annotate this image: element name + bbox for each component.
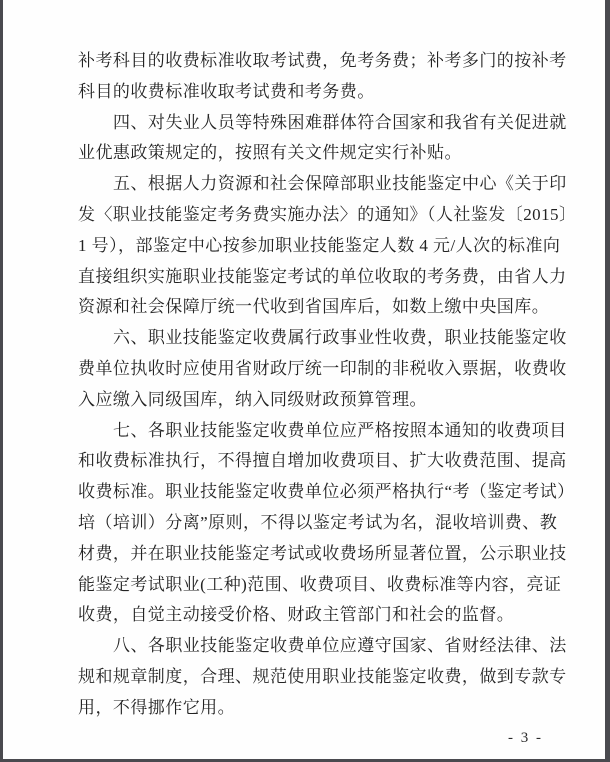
text-line: 能鉴定考试职业(工种)范围、收费项目、收费标准等内容，亮证	[78, 570, 567, 601]
text-line: 入应缴入同级国库，纳入同级财政预算管理。	[78, 385, 567, 416]
text-line: 资源和社会保障厅统一代收到省国库后，如数上缴中央国库。	[78, 292, 567, 323]
text-line: 直接组织实施职业技能鉴定考试的单位收取的考务费，由省人力	[78, 262, 567, 293]
text-line: 补考科目的收费标准收取考试费，免考务费；补考多门的按补考	[78, 46, 567, 77]
text-line: 发〈职业技能鉴定考务费实施办法〉的通知》（人社鉴发〔2015〕	[78, 200, 567, 231]
text-line-item-8: 八、各职业技能鉴定收费单位应遵守国家、省财经法律、法	[78, 631, 567, 662]
document-page: 补考科目的收费标准收取考试费，免考务费；补考多门的按补考 科目的收费标准收取考试…	[0, 0, 610, 762]
text-line: 规和规章制度，合理、规范使用职业技能鉴定收费，做到专款专	[78, 662, 567, 693]
text-line: 和收费标准执行，不得擅自增加收费项目、扩大收费范围、提高	[78, 446, 567, 477]
text-line: 费单位执收时应使用省财政厅统一印制的非税收入票据，收费收	[78, 354, 567, 385]
page-number: - 3 -	[508, 730, 543, 747]
text-line-item-4: 四、对失业人员等特殊困难群体符合国家和我省有关促进就	[78, 108, 567, 139]
text-line: 用，不得挪作它用。	[78, 693, 567, 724]
text-line: 材费，并在职业技能鉴定考试或收费场所显著位置，公示职业技	[78, 539, 567, 570]
text-line: 业优惠政策规定的，按照有关文件规定实行补贴。	[78, 138, 567, 169]
text-line: 收费标准。职业技能鉴定收费单位必须严格执行“考（鉴定考试）	[78, 477, 567, 508]
text-line-item-6: 六、职业技能鉴定收费属行政事业性收费，职业技能鉴定收	[78, 323, 567, 354]
text-line: 收费，自觉主动接受价格、财政主管部门和社会的监督。	[78, 600, 567, 631]
text-line: 1 号），部鉴定中心按参加职业技能鉴定人数 4 元/人次的标准向	[78, 231, 567, 262]
text-line-item-7: 七、各职业技能鉴定收费单位应严格按照本通知的收费项目	[78, 416, 567, 447]
text-line: 培（培训）分离”原则，不得以鉴定考试为名，混收培训费、教	[78, 508, 567, 539]
document-text: 补考科目的收费标准收取考试费，免考务费；补考多门的按补考 科目的收费标准收取考试…	[3, 0, 605, 724]
text-line-item-5: 五、根据人力资源和社会保障部职业技能鉴定中心《关于印	[78, 169, 567, 200]
text-line: 科目的收费标准收取考试费和考务费。	[78, 77, 567, 108]
